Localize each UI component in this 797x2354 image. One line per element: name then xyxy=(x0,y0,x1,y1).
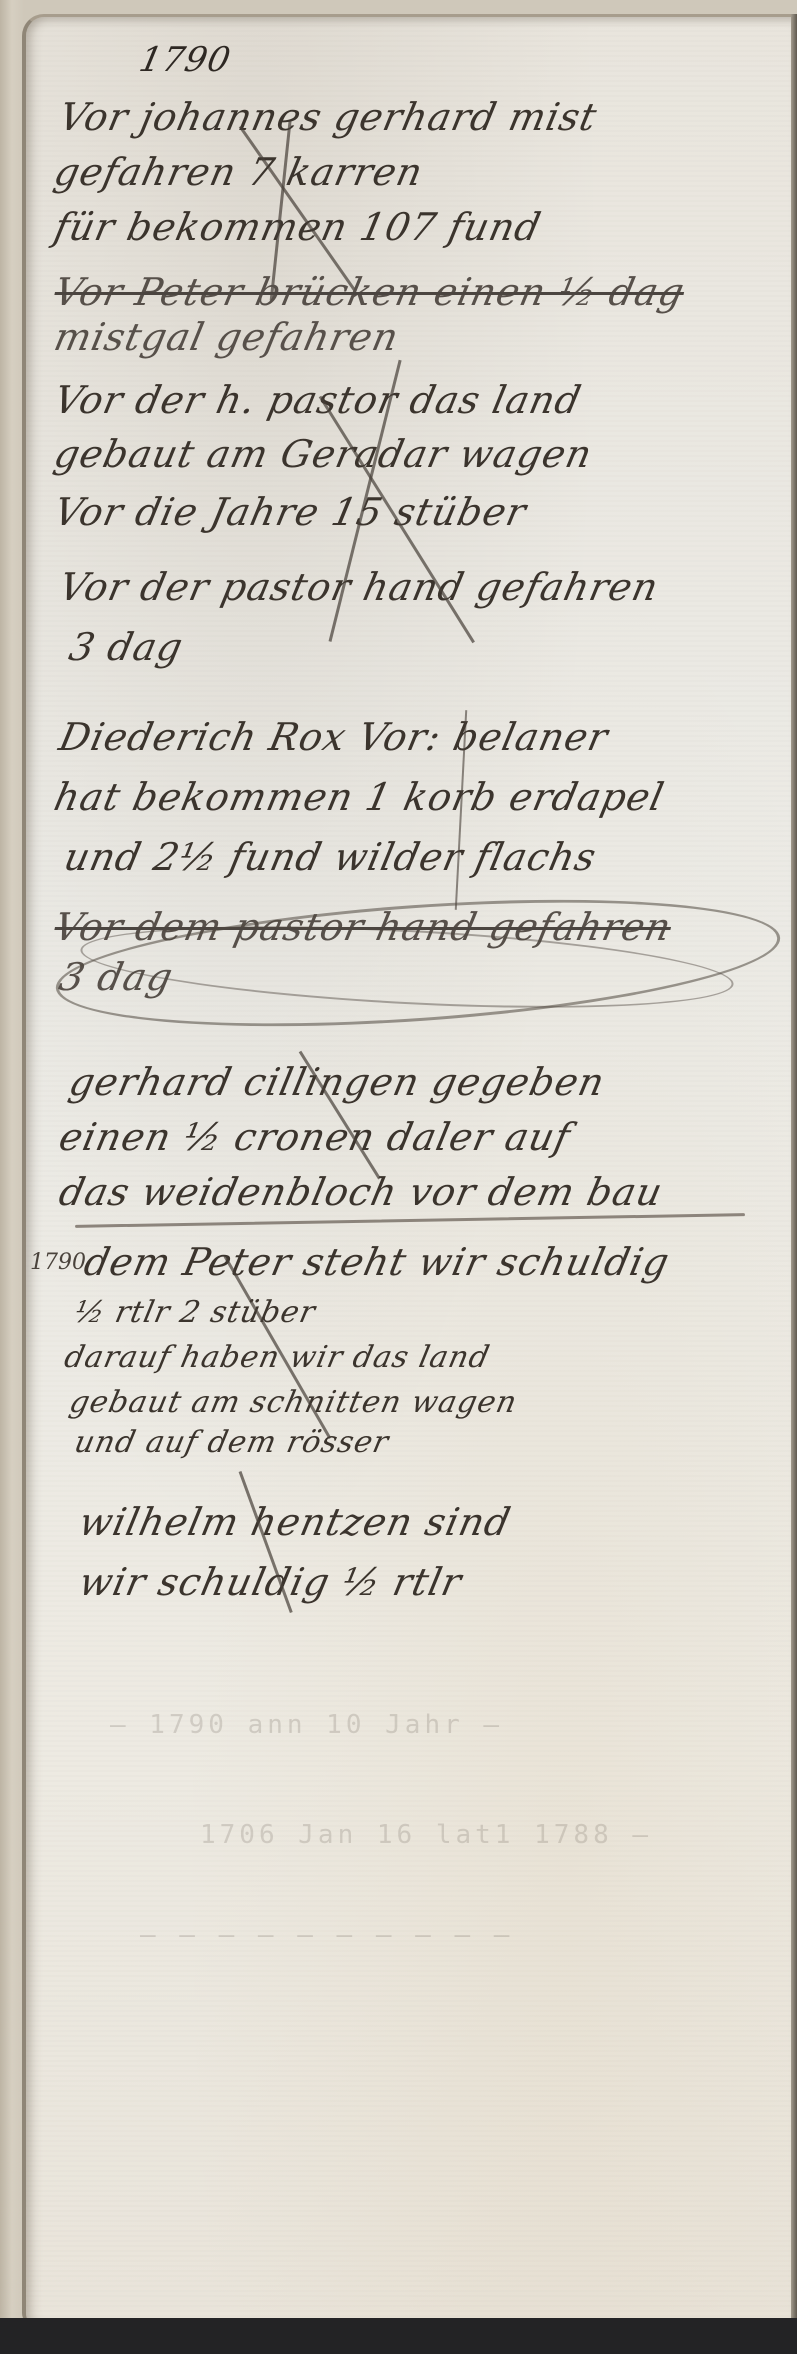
entry-line: ½ rtlr 2 stüber xyxy=(71,1295,319,1330)
entry-line: dem Peter steht wir schuldig xyxy=(80,1240,673,1284)
year-heading: 1790 xyxy=(136,40,235,80)
entry-line: und 2½ fund wilder flachs xyxy=(60,835,600,879)
entry-line: einen ½ cronen daler auf xyxy=(55,1115,574,1159)
bleed-through-text: 1706 Jan 16 lat1 1788 — xyxy=(200,1820,652,1850)
entry-line: Vor die Jahre 15 stüber xyxy=(50,490,530,534)
entry-line: mistgal gefahren xyxy=(50,315,403,359)
margin-year-note: 1790 xyxy=(30,1250,86,1275)
entry-line: gefahren 7 karren xyxy=(50,150,427,194)
bleed-through-text: — — — — — — — — — — xyxy=(140,1920,513,1950)
entry-line: Diederich Rox Vor: belaner xyxy=(55,715,612,759)
entry-line: Vor Peter brücken einen ½ dag xyxy=(50,270,688,314)
entry-line: gebaut am Geradar wagen xyxy=(50,432,596,476)
entry-line: und auf dem rösser xyxy=(71,1425,392,1460)
scan-background-edge xyxy=(0,2318,797,2354)
entry-line: das weidenbloch vor dem bau xyxy=(55,1170,667,1214)
entry-line: hat bekommen 1 korb erdapel xyxy=(50,775,668,819)
page-right-edge xyxy=(791,14,797,2324)
entry-line: Vor der pastor hand gefahren xyxy=(55,565,663,609)
bleed-through-text: — 1790 ann 10 Jahr — xyxy=(110,1710,503,1740)
entry-line: 3 dag xyxy=(65,625,187,669)
entry-line: gerhard cillingen gegeben xyxy=(65,1060,609,1104)
entry-line: wilhelm hentzen sind xyxy=(75,1500,515,1544)
entry-line: Vor der h. pastor das land xyxy=(50,378,585,422)
entry-line: Vor johannes gerhard mist xyxy=(55,95,601,139)
entry-line: wir schuldig ½ rtlr xyxy=(75,1560,466,1604)
entry-line: gebaut am schnitten wagen xyxy=(66,1385,520,1420)
